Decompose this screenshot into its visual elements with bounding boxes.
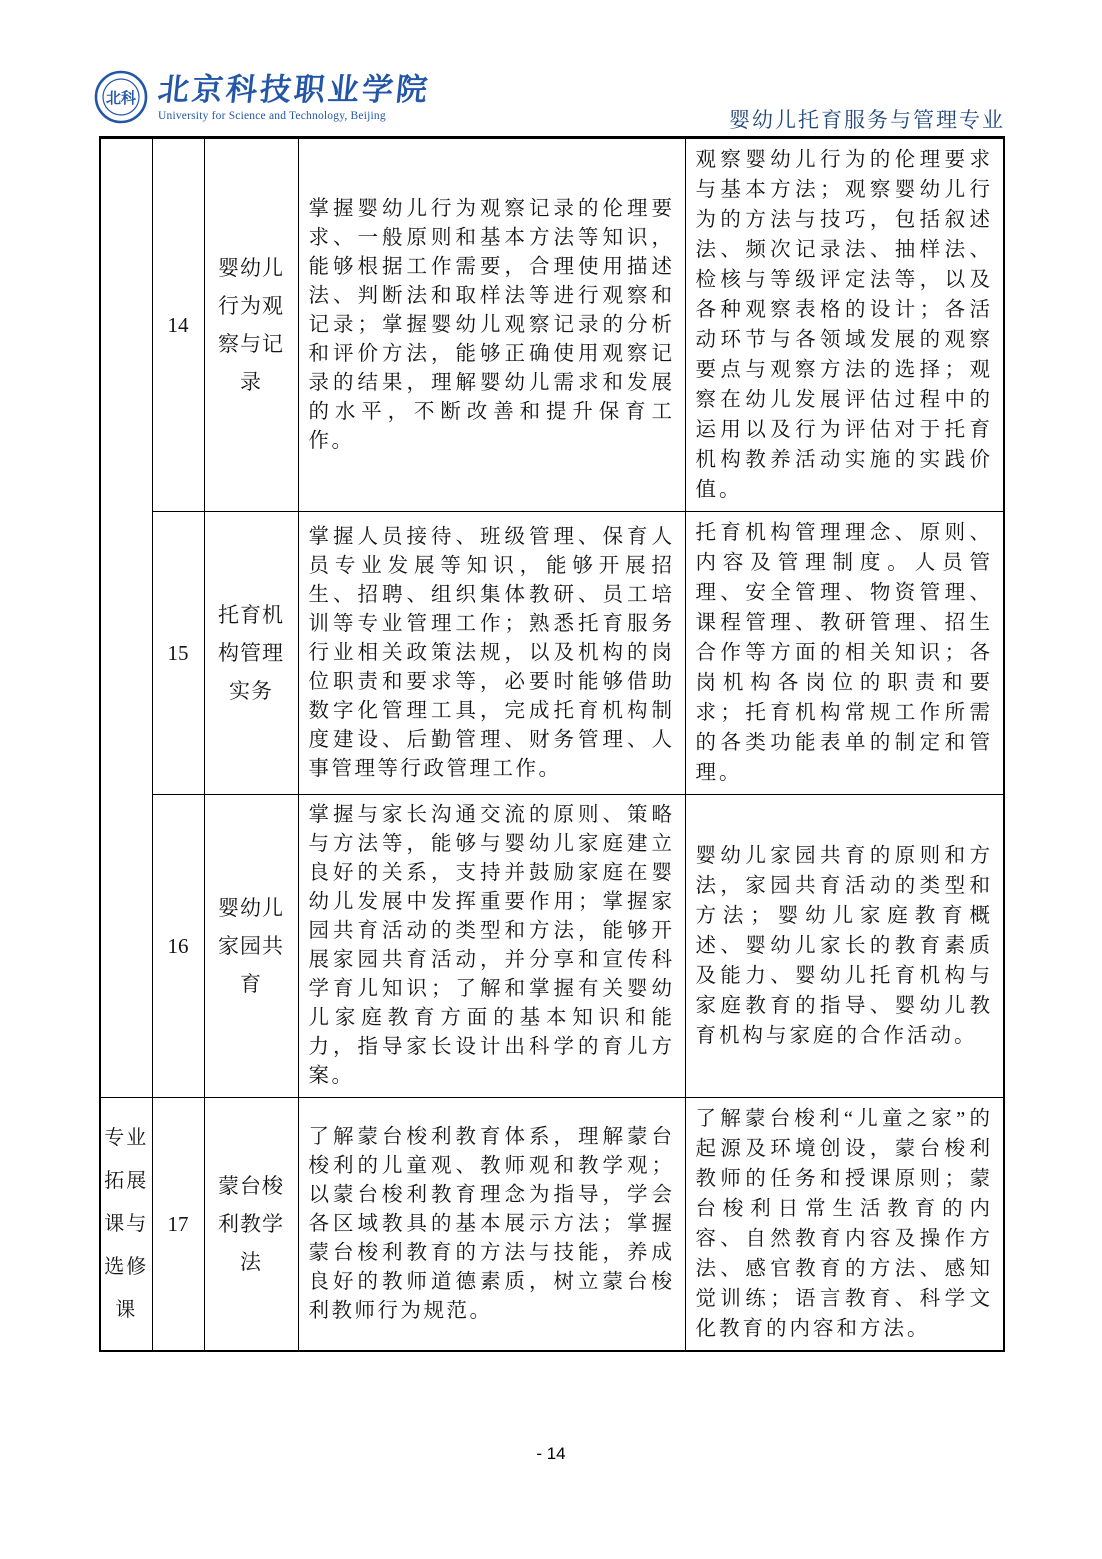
- course-number: 17: [152, 1098, 204, 1352]
- course-objectives: 掌握人员接待、班级管理、保育人员专业发展等知识，能够开展招生、招聘、组织集体教研…: [298, 512, 685, 795]
- course-name: 婴幼儿家园共育: [204, 795, 298, 1098]
- table-row: 15 托育机构管理实务 掌握人员接待、班级管理、保育人员专业发展等知识，能够开展…: [100, 512, 1004, 795]
- course-number: 14: [152, 138, 204, 512]
- table-row: 专业拓展课与选修课 17 蒙台梭利教学法 了解蒙台梭利教育体系，理解蒙台梭利的儿…: [100, 1098, 1004, 1352]
- document-page: 北科 北京科技职业学院 University for Science and T…: [0, 0, 1102, 1559]
- course-knowledge-points: 了解蒙台梭利“儿童之家”的起源及环境创设，蒙台梭利教师的任务和授课原则；蒙台梭利…: [685, 1098, 1004, 1352]
- course-knowledge-points: 托育机构管理理念、原则、内容及管理制度。人员管理、安全管理、物资管理、课程管理、…: [685, 512, 1004, 795]
- course-name: 婴幼儿行为观察与记录: [204, 138, 298, 512]
- course-number: 15: [152, 512, 204, 795]
- course-name: 托育机构管理实务: [204, 512, 298, 795]
- course-objectives: 掌握婴幼儿行为观察记录的伦理要求、一般原则和基本方法等知识，能够根据工作需要，合…: [298, 138, 685, 512]
- table-row: 14 婴幼儿行为观察与记录 掌握婴幼儿行为观察记录的伦理要求、一般原则和基本方法…: [100, 138, 1004, 512]
- program-title: 婴幼儿托育服务与管理专业: [729, 104, 1005, 134]
- course-knowledge-points: 观察婴幼儿行为的伦理要求与基本方法；观察婴幼儿行为的方法与技巧，包括叙述法、频次…: [685, 138, 1004, 512]
- category-cell: 专业拓展课与选修课: [100, 1098, 152, 1352]
- school-name-block: 北京科技职业学院 University for Science and Tech…: [158, 73, 430, 122]
- course-objectives: 掌握与家长沟通交流的原则、策略与方法等，能够与婴幼儿家庭建立良好的关系，支持并鼓…: [298, 795, 685, 1098]
- course-name: 蒙台梭利教学法: [204, 1098, 298, 1352]
- table-row: 16 婴幼儿家园共育 掌握与家长沟通交流的原则、策略与方法等，能够与婴幼儿家庭建…: [100, 795, 1004, 1098]
- school-name-cn: 北京科技职业学院: [156, 73, 432, 107]
- course-number: 16: [152, 795, 204, 1098]
- curriculum-table: 14 婴幼儿行为观察与记录 掌握婴幼儿行为观察记录的伦理要求、一般原则和基本方法…: [99, 136, 1005, 1352]
- page-header: 北科 北京科技职业学院 University for Science and T…: [94, 70, 430, 124]
- school-name-en: University for Science and Technology, B…: [158, 110, 430, 122]
- university-logo-icon: 北科: [94, 70, 148, 124]
- category-cell-continued: [100, 138, 152, 1098]
- logo-monogram: 北科: [106, 89, 137, 107]
- page-number: - 14: [0, 1444, 1102, 1464]
- course-objectives: 了解蒙台梭利教育体系，理解蒙台梭利的儿童观、教师观和教学观；以蒙台梭利教育理念为…: [298, 1098, 685, 1352]
- course-knowledge-points: 婴幼儿家园共育的原则和方法，家园共育活动的类型和方法；婴幼儿家庭教育概述、婴幼儿…: [685, 795, 1004, 1098]
